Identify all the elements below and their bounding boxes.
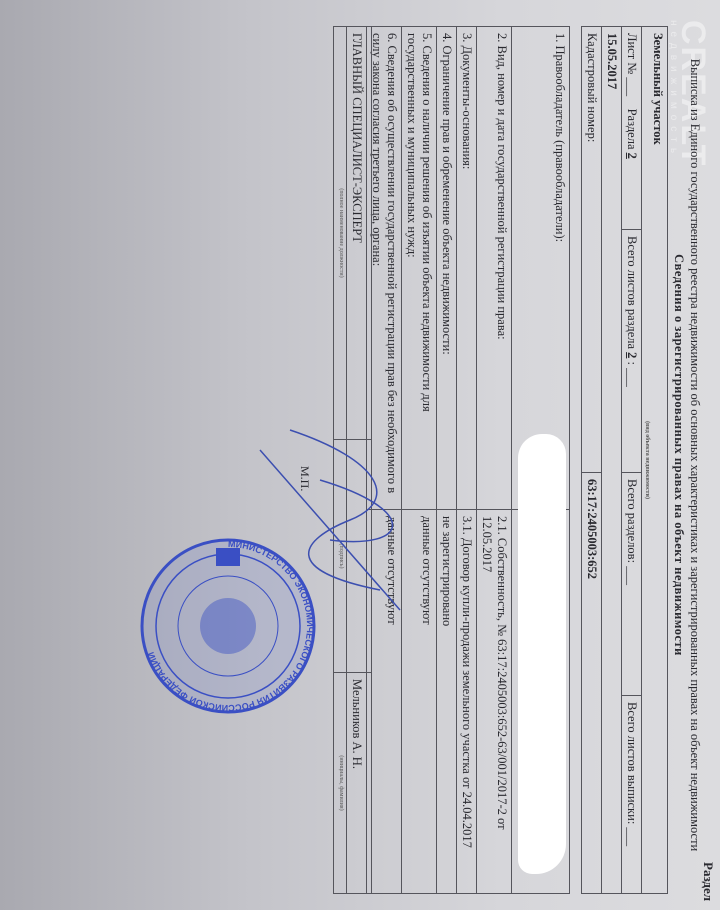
document-title: Выписка из Единого государственного реес… (687, 0, 702, 910)
document-page: CREALTнедвижимость Раздел Выписка из Еди… (0, 0, 720, 910)
rights-table: Земельный участок (вид объекта недвижимо… (581, 26, 668, 894)
signer-name: Мельников А. Н. (347, 673, 372, 894)
object-type: Земельный участок (вид объекта недвижимо… (642, 27, 668, 894)
document-subtitle: Сведения о зарегистрированных правах на … (671, 0, 686, 910)
official-stamp-icon: МИНИСТЕРСТВО ЭКОНОМИЧЕСКОГО РАЗВИТИЯ РОС… (138, 536, 318, 716)
signer-position: ГЛАВНЫЙ СПЕЦИАЛИСТ-ЭКСПЕРТ (347, 27, 372, 440)
table-row: 2. Вид, номер и дата государственной рег… (477, 27, 512, 894)
cadastral-row: Кадастровый номер: 63:17:2405003:652 (582, 27, 602, 894)
redacted-owner (518, 434, 566, 874)
table-row: 3. Документы-основания: 3.1. Договор куп… (457, 27, 477, 894)
extract-date: 15.05.2017 (602, 27, 622, 894)
section-label: Раздел (700, 862, 716, 901)
sheet-info-row: Лист № ___ Раздела 2 Всего листов раздел… (622, 27, 642, 894)
